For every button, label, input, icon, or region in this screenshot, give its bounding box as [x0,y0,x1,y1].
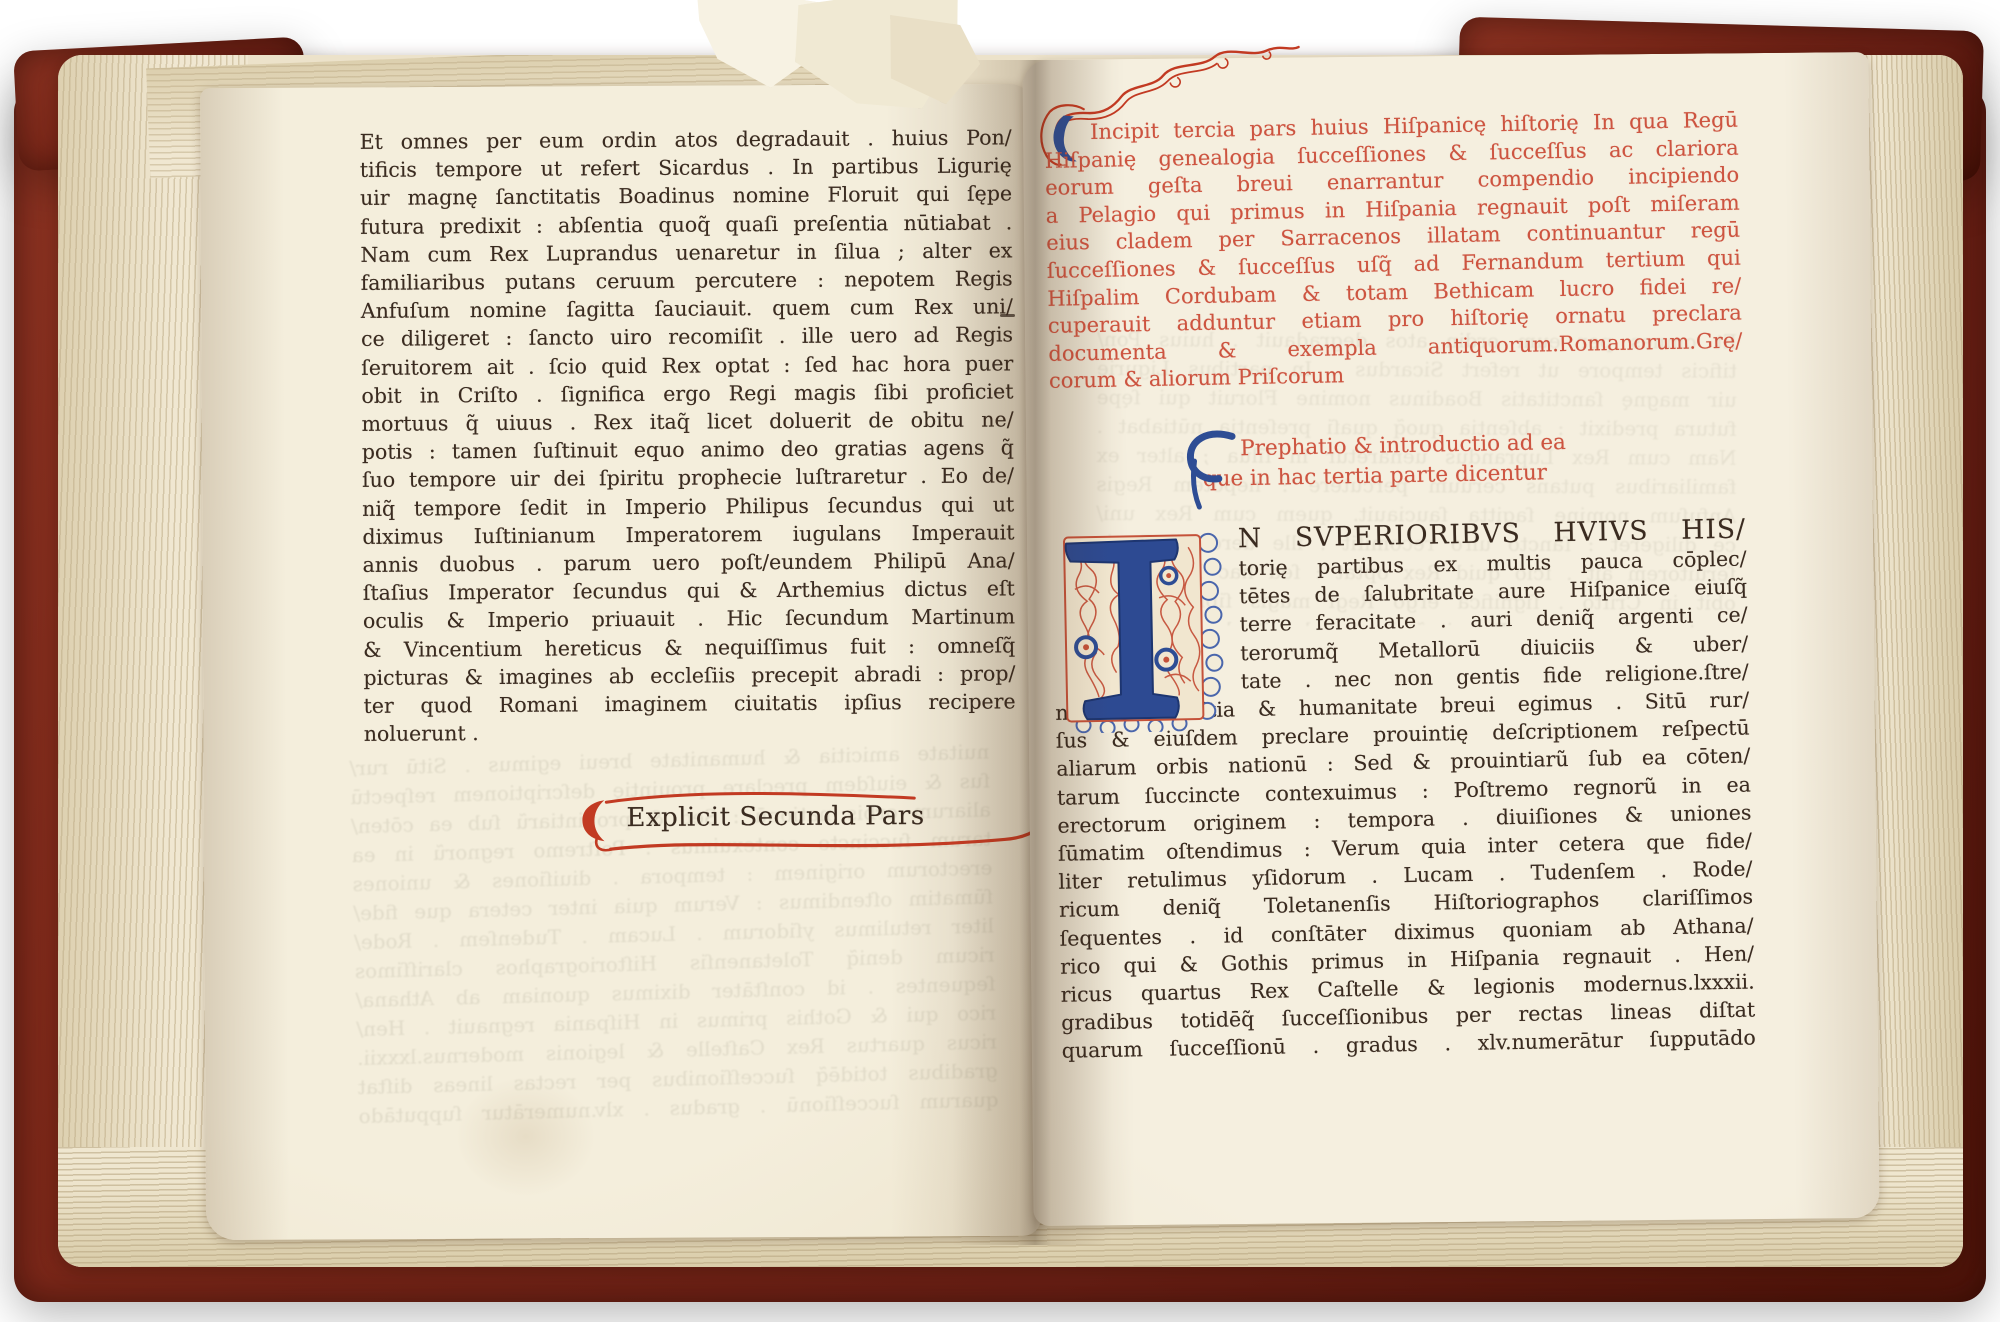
foxing-stain [455,1076,596,1197]
text-line: quarum ſucceſſionū . gradus . xlv.numerā… [358,1085,999,1131]
body-full-lines: nuitate amicitia & humanitate breui egim… [1055,685,1756,1065]
explicit-line: Explicit Secunda Pars [574,790,1052,859]
text-line: familiaribus putans ceruum percutere : n… [361,264,1013,297]
text-line: & Vincentium hereticus & nequiſſimus fui… [363,631,1015,664]
rubric-pilcrow-icon [1182,426,1240,513]
incipit-block: Incipit tercia pars huius Hiſpanicę hiſt… [1044,107,1743,396]
text-line: gradibus totidēq̃ ſucceſſionibus per rec… [358,1056,999,1102]
text-line: picturas & imagines ab eccleſiis precepi… [363,659,1015,692]
right-page-text-block: Incipit tercia pars huius Hiſpanicę hiſt… [1044,107,1756,1066]
text-line: Nam cum Rex Luprandus uenaretur in ſilua… [360,236,1012,269]
right-page: Et omnes per eum ordin atos degradauit .… [1022,52,1879,1226]
text-line: ricum deniq̃ Toletanenſis Hiſtoriographo… [354,940,995,986]
text-line: Et omnes per eum ordin atos degradauit .… [360,123,1012,156]
text-line: ſūmatim oſtendimus : Verum quia inter ce… [353,882,994,928]
left-page-lines: Et omnes per eum ordin atos degradauit .… [360,123,1016,748]
ink-speck [1000,314,1015,317]
text-line: ſequentes . id conſtāter diximus quoniam… [355,969,996,1015]
left-page-text-block: Et omnes per eum ordin atos degradauit .… [360,123,1017,860]
text-line: rico qui & Gothis primus in Hiſpania reg… [356,998,997,1044]
text-line: potis : tamen ſuſtinuit equo animo deo g… [362,434,1014,467]
text-line: tificis tempore ut refert Sicardus . In … [360,152,1012,185]
text-line: oculis & Imperio priuauit . Hic ſecundum… [363,603,1015,636]
body-indented-lines: torię partibus ex multis pauca cōplec/tē… [1238,544,1749,695]
text-line: niq̃ tempore ſedit in Imperio Philipus ſ… [362,490,1014,523]
text-line: Anfuſum nomine ſagitta ſauciauit. quem c… [361,293,1013,326]
illuminated-initial-I [1058,526,1232,733]
text-line: ſuo tempore uir dei ſpiritu prophecie lu… [362,462,1014,495]
text-line: ter quod Romani imaginem ciuitatis ipſiu… [363,687,1015,720]
rubric-block: Prephatio & introductio ad ea que in hac… [1188,424,1745,495]
text-line: annis duobus . parum uero poſt/eundem Ph… [363,546,1015,579]
explicit-flourish-icon [574,790,1052,859]
text-line: noluerunt . [364,716,1016,749]
text-line: uir magnę ſanctitatis Boadinus nomine Fl… [360,180,1012,213]
text-line: ce diligeret : ſancto uiro recomiſit . i… [361,321,1013,354]
text-line: futura predixit : abſentia quoq̃ quaſi p… [360,208,1012,241]
incunable-book-photo: nuitate amicitia & humanitate breui egim… [0,0,2000,1315]
text-line: obit in Criſto . ſignifica ergo Regi mag… [361,377,1013,410]
text-line: diximus Iuſtinianum Imperatorem iugulans… [362,518,1014,551]
text-line: erectorum originem : tempora . diuiſione… [352,853,993,899]
body-text-block: I N SVPERIORIBVS HVIVS HIS/ torię partib… [1052,514,1756,1065]
text-line: liter retulimus yſidorum . Lucam . Tuden… [354,911,995,957]
incipit-lines: Incipit tercia pars huius Hiſpanicę hiſt… [1044,107,1743,396]
text-line: mortuus q̃ uiuus . Rex itaq̃ licet dolue… [362,405,1014,438]
left-page: nuitate amicitia & humanitate breui egim… [200,84,1041,1240]
text-line: ſtaſius Imperator ſecundus qui & Arthemi… [363,575,1015,608]
text-line: ſeruitorem ait . ſcio quid Rex optat : ſ… [361,349,1013,382]
text-line: ricus quartus Rex Caſtelle & legionis mo… [357,1027,998,1073]
